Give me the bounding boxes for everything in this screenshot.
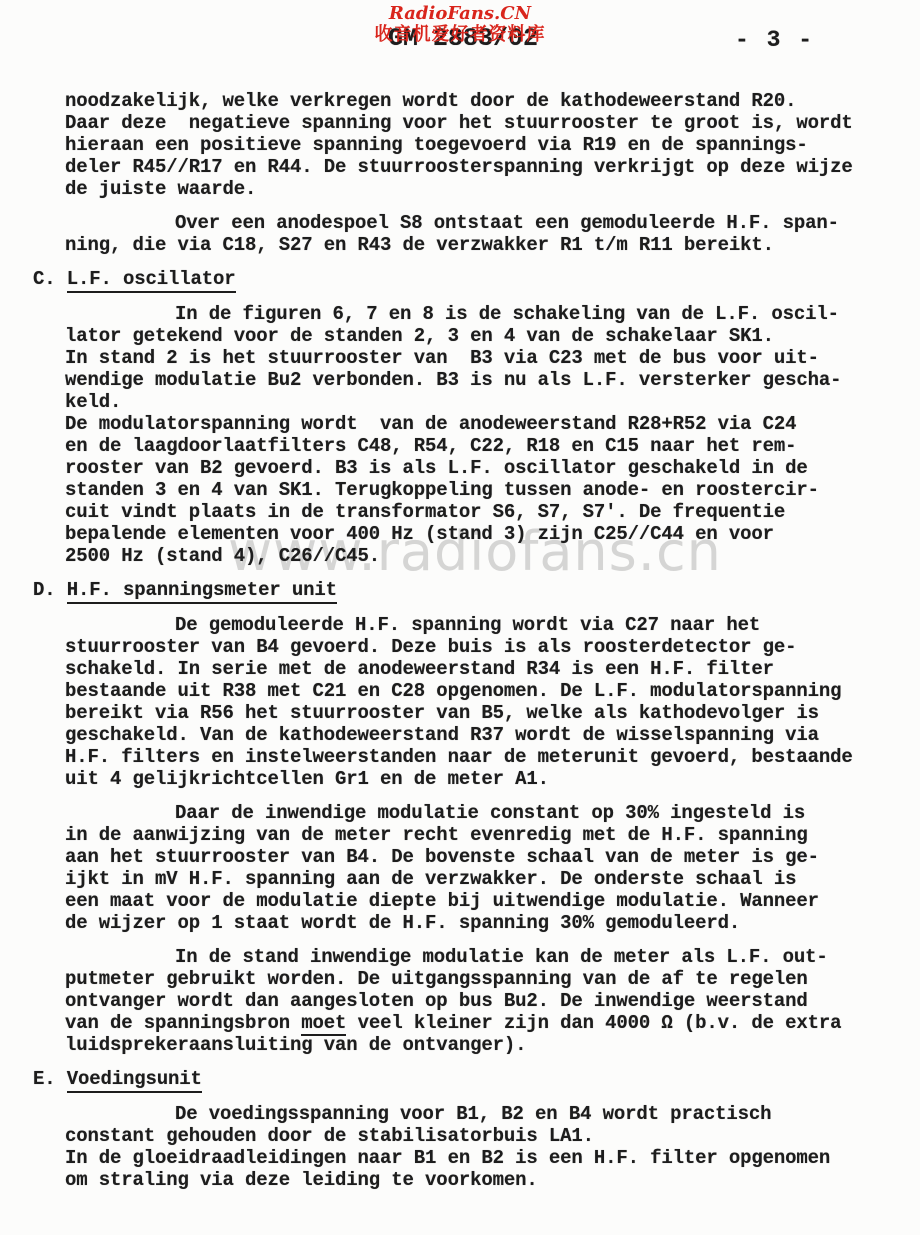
document-content: noodzakelijk, welke verkregen wordt door… [65,90,887,1203]
text-line: schakeld. In serie met de anodeweerstand… [65,658,887,680]
text-line: In de stand inwendige modulatie kan de m… [65,946,887,968]
text-line: aan het stuurrooster van B4. De bovenste… [65,846,887,868]
paragraph: Daar de inwendige modulatie constant op … [65,802,887,934]
section-title: L.F. oscillator [67,268,236,293]
text-line: lator getekend voor de standen 2, 3 en 4… [65,325,887,347]
text-line: In de figuren 6, 7 en 8 is de schakeling… [65,303,887,325]
text-line: de wijzer op 1 staat wordt de H.F. spann… [65,912,887,934]
text-line: om straling via deze leiding te voorkome… [65,1169,887,1191]
text-line: noodzakelijk, welke verkregen wordt door… [65,90,887,112]
text-line: de juiste waarde. [65,178,887,200]
text-line: bepalende elementen voor 400 Hz (stand 3… [65,523,887,545]
text-line: Daar de inwendige modulatie constant op … [65,802,887,824]
text-line: luidsprekeraansluiting van de ontvanger)… [65,1034,887,1056]
text-line: bereikt via R56 het stuurrooster van B5,… [65,702,887,724]
text-line: stuurrooster van B4 gevoerd. Deze buis i… [65,636,887,658]
text-line: hieraan een positieve spanning toegevoer… [65,134,887,156]
text-line: ijkt in mV H.F. spanning aan de verzwakk… [65,868,887,890]
paragraph: De voedingsspanning voor B1, B2 en B4 wo… [65,1103,887,1191]
section-letter: C. [33,268,56,290]
text-line: Over een anodespoel S8 ontstaat een gemo… [65,212,887,234]
text-line: putmeter gebruikt worden. De uitgangsspa… [65,968,887,990]
text-line: De gemoduleerde H.F. spanning wordt via … [65,614,887,636]
section-title: Voedingsunit [67,1068,202,1093]
text-line: constant gehouden door de stabilisatorbu… [65,1125,887,1147]
text-line: wendige modulatie Bu2 verbonden. B3 is n… [65,369,887,391]
text-line: rooster van B2 gevoerd. B3 is als L.F. o… [65,457,887,479]
paragraph: De gemoduleerde H.F. spanning wordt via … [65,614,887,790]
section-heading: D. H.F. spanningsmeter unit [33,579,887,601]
text-line: 2500 Hz (stand 4), C26//C45. [65,545,887,567]
underlined-word: moet [301,1012,346,1036]
text-line: bestaande uit R38 met C21 en C28 opgenom… [65,680,887,702]
text-line: een maat voor de modulatie diepte bij ui… [65,890,887,912]
text-line: In de gloeidraadleidingen naar B1 en B2 … [65,1147,887,1169]
text-line: en de laagdoorlaatfilters C48, R54, C22,… [65,435,887,457]
text-line: uit 4 gelijkrichtcellen Gr1 en de meter … [65,768,887,790]
text-line: keld. [65,391,887,413]
paragraph: In de stand inwendige modulatie kan de m… [65,946,887,1056]
scanned-document-page: RadioFans.CN 收音机爱好者资料库 GM 2883/02 - 3 - … [0,0,920,1235]
text-line: ning, die via C18, S27 en R43 de verzwak… [65,234,887,256]
text-line: van de spanningsbron moet veel kleiner z… [65,1012,887,1034]
text-line: geschakeld. Van de kathodeweerstand R37 … [65,724,887,746]
paragraph: noodzakelijk, welke verkregen wordt door… [65,90,887,200]
section-title: H.F. spanningsmeter unit [67,579,337,604]
section-heading: E. Voedingsunit [33,1068,887,1090]
section-heading: C. L.F. oscillator [33,268,887,290]
text-line: In stand 2 is het stuurrooster van B3 vi… [65,347,887,369]
text-line: deler R45//R17 en R44. De stuurroostersp… [65,156,887,178]
text-line: in de aanwijzing van de meter recht even… [65,824,887,846]
text-line: ontvanger wordt dan aangesloten op bus B… [65,990,887,1012]
radiofans-watermark-chinese: 收音机爱好者资料库 [0,20,920,46]
section-letter: D. [33,579,56,601]
paragraph: In de figuren 6, 7 en 8 is de schakeling… [65,303,887,567]
text-line: Daar deze negatieve spanning voor het st… [65,112,887,134]
text-line: standen 3 en 4 van SK1. Terugkoppeling t… [65,479,887,501]
text-line: De voedingsspanning voor B1, B2 en B4 wo… [65,1103,887,1125]
paragraph: Over een anodespoel S8 ontstaat een gemo… [65,212,887,256]
section-letter: E. [33,1068,56,1090]
text-line: cuit vindt plaats in de transformator S6… [65,501,887,523]
text-line: De modulatorspanning wordt van de anodew… [65,413,887,435]
text-line: H.F. filters en instelweerstanden naar d… [65,746,887,768]
